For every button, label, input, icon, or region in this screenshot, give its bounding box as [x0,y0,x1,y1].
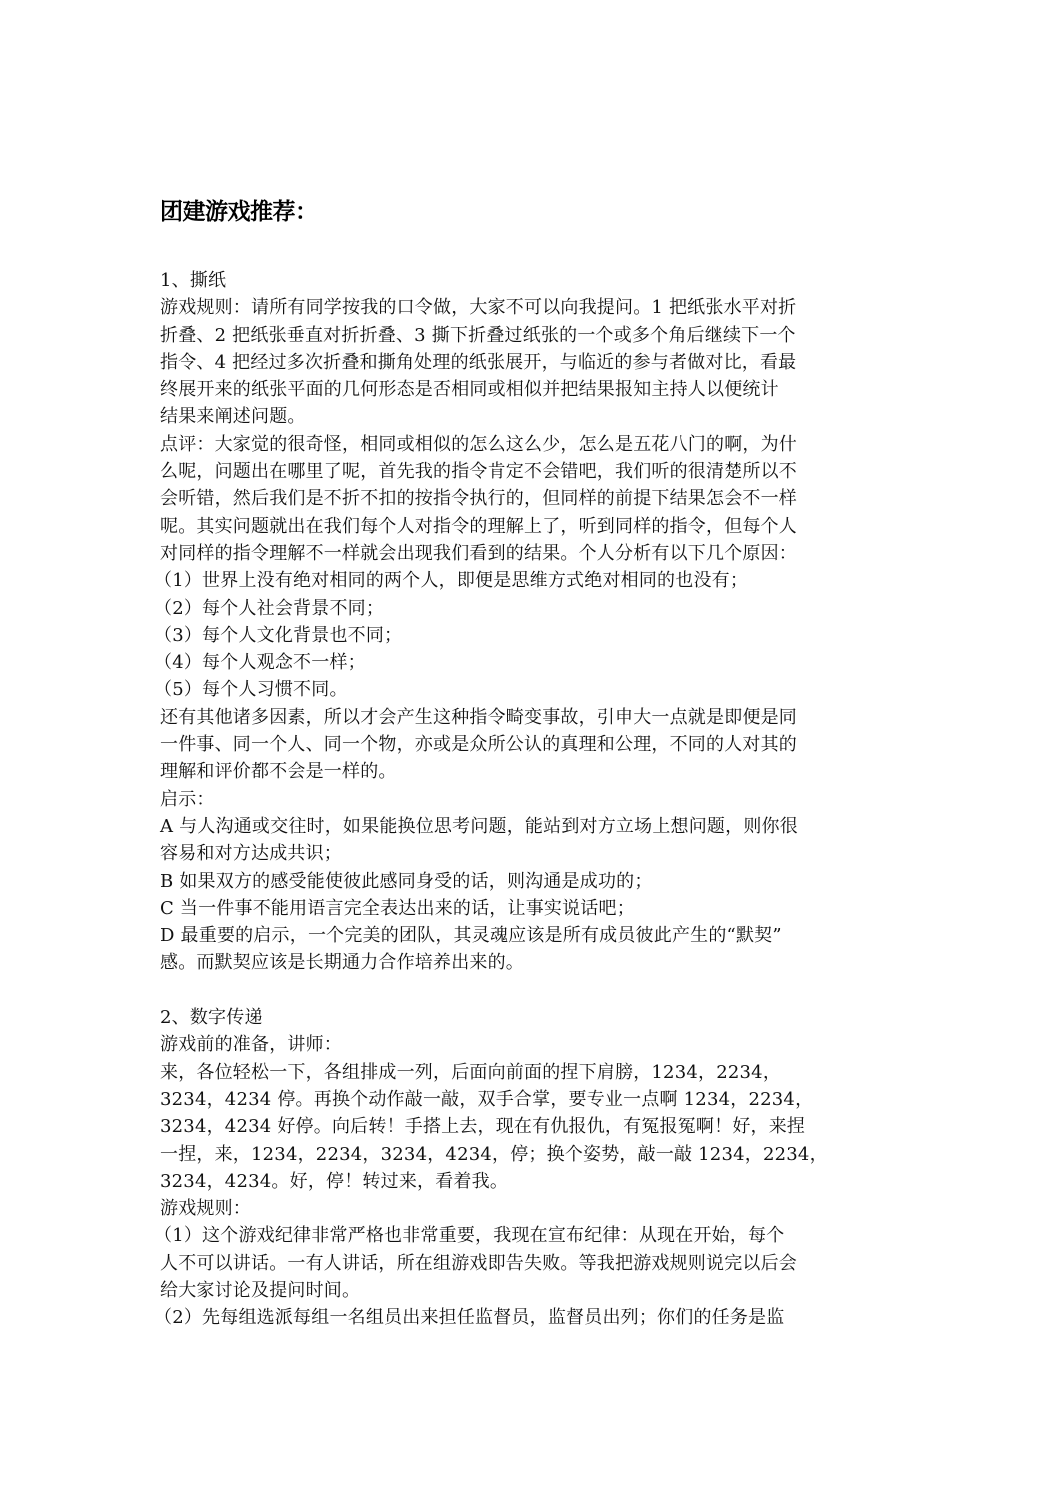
paragraph-line: 一捏，来，1234，2234，3234，4234，停；换个姿势，敲一敲 1234… [160,1141,908,1168]
reason-list-item: （5）每个人习惯不同。 [154,676,908,703]
reason-list-item: （1）世界上没有绝对相同的两个人，即便是思维方式绝对相同的也没有； [154,567,908,594]
rule-item: 人不可以讲话。一有人讲话，所在组游戏即告失败。等我把游戏规则说完以后会 [160,1250,908,1277]
paragraph-line: 一件事、同一个人、同一个物，亦或是众所公认的真理和公理，不同的人对其的 [160,731,908,758]
paragraph-line: 来，各位轻松一下，各组排成一列，后面向前面的捏下肩膀，1234，2234， [160,1059,908,1086]
reason-list-item: （4）每个人观念不一样； [154,649,908,676]
insight-item: A 与人沟通或交往时，如果能换位思考问题，能站到对方立场上想问题，则你很 [160,813,908,840]
rules-heading: 游戏规则： [160,1195,908,1222]
section-heading-tear-paper: 1、撕纸 [160,267,908,294]
comment-line: 会听错，然后我们是不折不扣的按指令执行的，但同样的前提下结果怎会不一样 [160,485,908,512]
paragraph-line: 3234，4234 好停。向后转！手搭上去，现在有仇报仇，有冤报冤啊！好，来捏 [160,1113,908,1140]
paragraph-line: 终展开来的纸张平面的几何形态是否相同或相似并把结果报知主持人以便统计 [160,376,908,403]
document-body: 1、撕纸 游戏规则：请所有同学按我的口令做，大家不可以向我提问。1 把纸张水平对… [160,267,908,1332]
paragraph-line: 3234，4234。好，停！转过来，看着我。 [160,1168,908,1195]
reason-list-item: （3）每个人文化背景也不同； [154,622,908,649]
paragraph-line: 理解和评价都不会是一样的。 [160,758,908,785]
paragraph-line: 指令、4 把经过多次折叠和撕角处理的纸张展开，与临近的参与者做对比，看最 [160,349,908,376]
comment-line: 点评：大家觉的很奇怪，相同或相似的怎么这么少，怎么是五花八门的啊，为什 [160,431,908,458]
paragraph-line: 折叠、2 把纸张垂直对折折叠、3 撕下折叠过纸张的一个或多个角后继续下一个 [160,322,908,349]
document-page: 团建游戏推荐： 1、撕纸 游戏规则：请所有同学按我的口令做，大家不可以向我提问。… [0,0,1058,1497]
insight-item: D 最重要的启示，一个完美的团队，其灵魂应该是所有成员彼此产生的“默契” [160,922,908,949]
insight-heading: 启示： [160,786,908,813]
paragraph-line: 3234，4234 停。再换个动作敲一敲，双手合掌，要专业一点啊 1234，22… [160,1086,908,1113]
rule-item: （2）先每组选派每组一名组员出来担任监督员，监督员出列；你们的任务是监 [154,1304,908,1331]
insight-item: 感。而默契应该是长期通力合作培养出来的。 [160,949,908,976]
document-title: 团建游戏推荐： [160,196,318,228]
insight-item: B 如果双方的感受能使彼此感同身受的话，则沟通是成功的； [160,868,908,895]
paragraph-line: 还有其他诸多因素，所以才会产生这种指令畸变事故，引申大一点就是即便是同 [160,704,908,731]
section-spacer [160,977,908,1004]
comment-line: 对同样的指令理解不一样就会出现我们看到的结果。个人分析有以下几个原因： [160,540,908,567]
reason-list-item: （2）每个人社会背景不同； [154,595,908,622]
paragraph-line: 游戏前的准备，讲师： [160,1031,908,1058]
comment-line: 么呢，问题出在哪里了呢，首先我的指令肯定不会错吧，我们听的很清楚所以不 [160,458,908,485]
paragraph-line: 游戏规则：请所有同学按我的口令做，大家不可以向我提问。1 把纸张水平对折 [160,294,908,321]
rule-item: （1）这个游戏纪律非常严格也非常重要，我现在宣布纪律：从现在开始，每个 [154,1222,908,1249]
rule-item: 给大家讨论及提问时间。 [160,1277,908,1304]
insight-item: 容易和对方达成共识； [160,840,908,867]
insight-item: C 当一件事不能用语言完全表达出来的话，让事实说话吧； [160,895,908,922]
comment-line: 呢。其实问题就出在我们每个人对指令的理解上了，听到同样的指令，但每个人 [160,513,908,540]
paragraph-line: 结果来阐述问题。 [160,403,908,430]
section-heading-number-passing: 2、数字传递 [160,1004,908,1031]
